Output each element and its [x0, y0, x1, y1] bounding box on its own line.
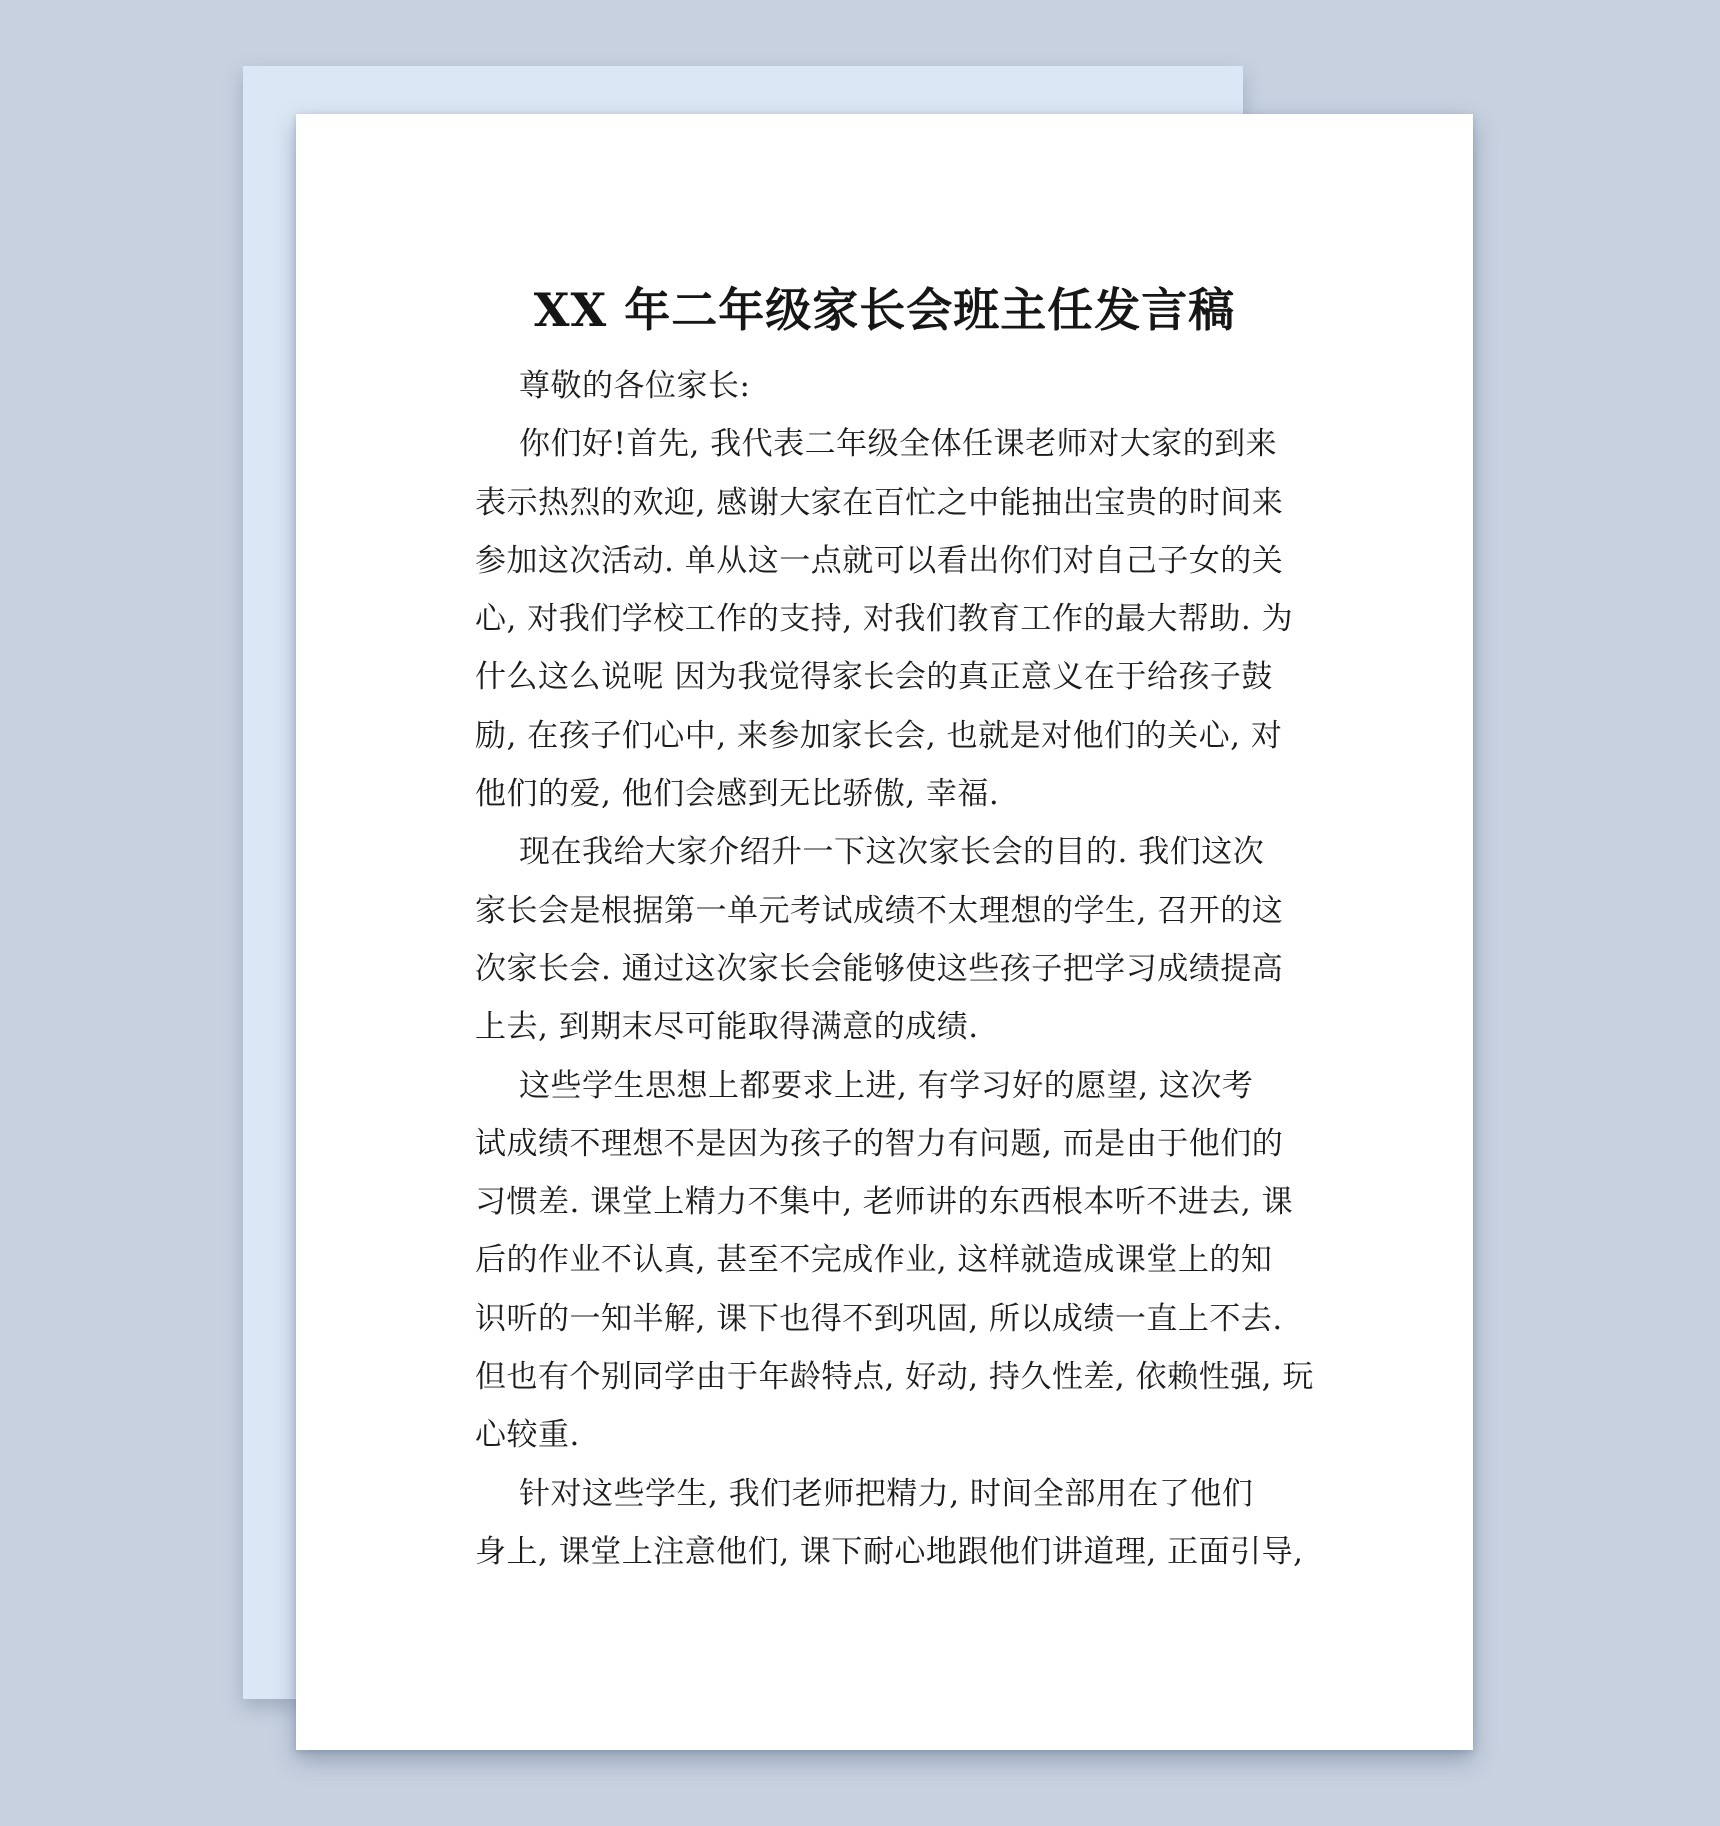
- text-line: 他们的爱, 他们会感到无比骄傲, 幸福.: [475, 765, 1275, 823]
- text-line: 针对这些学生, 我们老师把精力, 时间全部用在了他们: [475, 1465, 1275, 1523]
- document-page: XX 年二年级家长会班主任发言稿 尊敬的各位家长:你们好!首先, 我代表二年级全…: [296, 114, 1473, 1750]
- text-line: 心较重.: [475, 1406, 1275, 1464]
- text-line: 家长会是根据第一单元考试成绩不太理想的学生, 召开的这: [475, 882, 1275, 940]
- text-line: 身上, 课堂上注意他们, 课下耐心地跟他们讲道理, 正面引导,: [475, 1523, 1275, 1581]
- text-line: 但也有个别同学由于年龄特点, 好动, 持久性差, 依赖性强, 玩: [475, 1348, 1275, 1406]
- text-line: 现在我给大家介绍升一下这次家长会的目的. 我们这次: [475, 823, 1275, 881]
- text-line: 什么这么说呢 因为我觉得家长会的真正意义在于给孩子鼓: [475, 648, 1275, 706]
- text-line: 尊敬的各位家长:: [475, 357, 1275, 415]
- text-line: 心, 对我们学校工作的支持, 对我们教育工作的最大帮助. 为: [475, 590, 1275, 648]
- text-line: 参加这次活动. 单从这一点就可以看出你们对自己子女的关: [475, 532, 1275, 590]
- text-line: 这些学生思想上都要求上进, 有学习好的愿望, 这次考: [475, 1057, 1275, 1115]
- text-line: 习惯差. 课堂上精力不集中, 老师讲的东西根本听不进去, 课: [475, 1173, 1275, 1231]
- text-line: 试成绩不理想不是因为孩子的智力有问题, 而是由于他们的: [475, 1115, 1275, 1173]
- text-line: 识听的一知半解, 课下也得不到巩固, 所以成绩一直上不去.: [475, 1290, 1275, 1348]
- document-body: 尊敬的各位家长:你们好!首先, 我代表二年级全体任课老师对大家的到来表示热烈的欢…: [475, 357, 1275, 1581]
- text-line: 表示热烈的欢迎, 感谢大家在百忙之中能抽出宝贵的时间来: [475, 474, 1275, 532]
- document-title: XX 年二年级家长会班主任发言稿: [386, 274, 1383, 340]
- text-line: 次家长会. 通过这次家长会能够使这些孩子把学习成绩提高: [475, 940, 1275, 998]
- canvas-background: XX 年二年级家长会班主任发言稿 尊敬的各位家长:你们好!首先, 我代表二年级全…: [0, 0, 1720, 1826]
- text-line: 上去, 到期末尽可能取得满意的成绩.: [475, 998, 1275, 1056]
- text-line: 你们好!首先, 我代表二年级全体任课老师对大家的到来: [475, 415, 1275, 473]
- text-line: 励, 在孩子们心中, 来参加家长会, 也就是对他们的关心, 对: [475, 707, 1275, 765]
- text-line: 后的作业不认真, 甚至不完成作业, 这样就造成课堂上的知: [475, 1231, 1275, 1289]
